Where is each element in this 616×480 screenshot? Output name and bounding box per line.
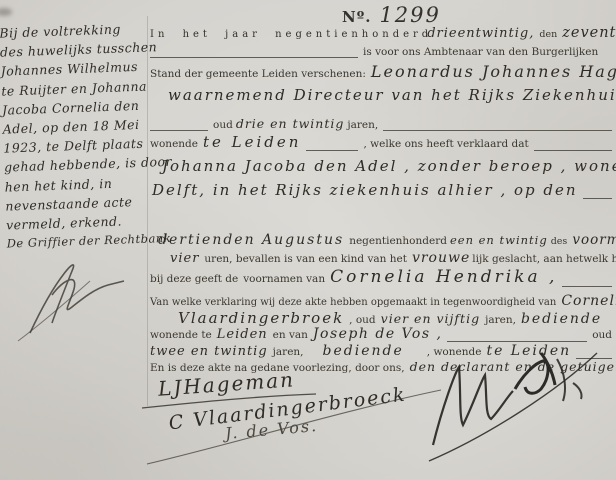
handwritten-date: zeventienden Augustus [562, 25, 616, 41]
handwritten-witness2-residence: Leiden [217, 327, 268, 342]
printed-text: lijk geslacht, aan hetwelk hij [472, 253, 616, 265]
form-line-residence: wonende te Leiden , welke ons heeft verk… [150, 133, 612, 151]
handwritten-witness2-age: twee en twintig [150, 344, 268, 359]
printed-text: den [539, 29, 557, 40]
handwritten-witness1-age: vier en vijftig [381, 311, 480, 326]
form-line-year: In het jaar negentienhonderd drieentwint… [150, 25, 612, 41]
handwritten-year: drieentwintig, [427, 26, 534, 41]
blank-rule [150, 127, 208, 131]
handwritten-child-names: Cornelia Hendrika , [330, 267, 557, 287]
printed-text: wonende [150, 138, 198, 150]
blank-rule [150, 54, 358, 58]
no-label: Nº. [342, 8, 371, 26]
handwritten-witness1-first: Cornelis — [561, 293, 616, 309]
handwritten-residence: te Leiden [203, 133, 301, 151]
form-line-age: oud drie en twintig jaren, [150, 116, 612, 131]
handwritten-birthyear: een en twintig [450, 233, 548, 247]
printed-text: voornamen van [243, 273, 325, 285]
printed-text: , welke ons heeft verklaard dat [363, 138, 528, 150]
handwritten-witness2-occupation: bediende [323, 343, 404, 359]
printed-text: jaren, [347, 119, 378, 131]
handwritten-age: drie en twintig [236, 116, 345, 131]
printed-text: des [551, 236, 568, 247]
form-line-occupation: waarnemend Directeur van het Rijks Zieke… [168, 86, 612, 104]
form-line-birth-hour: vier uren, bevallen is van een kind van … [170, 250, 612, 266]
handwritten-daypart: voormiddags [572, 232, 616, 248]
printed-text: uren, bevallen is van een kind van het [204, 253, 407, 265]
margin-annotation: Bij de voltrekking des huwelijks tussche… [0, 18, 157, 254]
printed-text: bij deze geeft de [150, 273, 238, 285]
printed-text: oud [592, 329, 612, 341]
printed-text: Stand der gemeente Leiden verschenen: [150, 68, 366, 80]
ink-smudge [0, 8, 12, 16]
form-line-birthplace: Delft, in het Rijks ziekenhuis alhier , … [152, 181, 612, 199]
form-line-mother: Johanna Jacoba den Adel , zonder beroep … [162, 157, 612, 175]
handwritten-witness1-occupation: bediende [521, 311, 602, 327]
griffier-signature-flourish [12, 245, 142, 345]
printed-text: jaren, [273, 346, 304, 358]
handwritten-gender: vrouwe [412, 250, 470, 266]
printed-text: negentienhonderd [349, 235, 447, 247]
handwritten-hour: vier [170, 251, 199, 266]
form-line-witness1: Vlaardingerbroek , oud vier en vijftig j… [178, 309, 612, 327]
printed-text: oud [213, 119, 233, 131]
handwritten-mother-name: Johanna Jacoba den Adel , zonder beroep … [162, 157, 616, 175]
printed-text: In het jaar negentienhonderd [150, 29, 432, 40]
form-line-birthdate: dertienden Augustus negentienhonderd een… [158, 232, 612, 248]
act-number-header: Nº. 1299 [342, 3, 441, 27]
printed-text: , oud [349, 314, 375, 326]
blank-rule [583, 195, 612, 199]
form-line-witness-intro: Van welke verklaring wij deze akte hebbe… [150, 293, 612, 309]
handwritten-birthdate: dertienden Augustus [158, 232, 344, 248]
printed-text: en van [273, 329, 308, 341]
blank-rule [447, 338, 587, 342]
blank-rule [383, 127, 612, 131]
printed-text: Van welke verklaring wij deze akte hebbe… [150, 297, 556, 308]
handwritten-declarant-name: Leonardus Johannes Hageman , [371, 62, 616, 81]
form-line-declarant: Stand der gemeente Leiden verschenen: Le… [150, 62, 612, 81]
blank-rule [562, 283, 612, 287]
birth-certificate-scan: Nº. 1299 Bij de voltrekking des huwelijk… [0, 0, 616, 480]
handwritten-occupation: waarnemend Directeur van het Rijks Zieke… [168, 86, 616, 104]
form-line-witness2: wonende te Leiden en van Joseph de Vos ,… [150, 326, 612, 342]
printed-text: wonende te [150, 329, 212, 341]
form-line-child-names: bij deze geeft de voornamen van Cornelia… [150, 267, 612, 287]
registrar-signature-flourish [415, 345, 605, 465]
printed-text: jaren, [485, 314, 516, 326]
handwritten-witness2-name: Joseph de Vos , [313, 326, 442, 342]
handwritten-birthplace: Delft, in het Rijks ziekenhuis alhier , … [152, 181, 578, 199]
blank-rule [306, 147, 358, 151]
printed-text: is voor ons Ambtenaar van den Burgerlijk… [363, 46, 598, 58]
form-line-official: is voor ons Ambtenaar van den Burgerlijk… [150, 46, 612, 58]
handwritten-witness1-last: Vlaardingerbroek [178, 309, 344, 327]
blank-rule [534, 147, 612, 151]
act-number: 1299 [379, 3, 440, 27]
